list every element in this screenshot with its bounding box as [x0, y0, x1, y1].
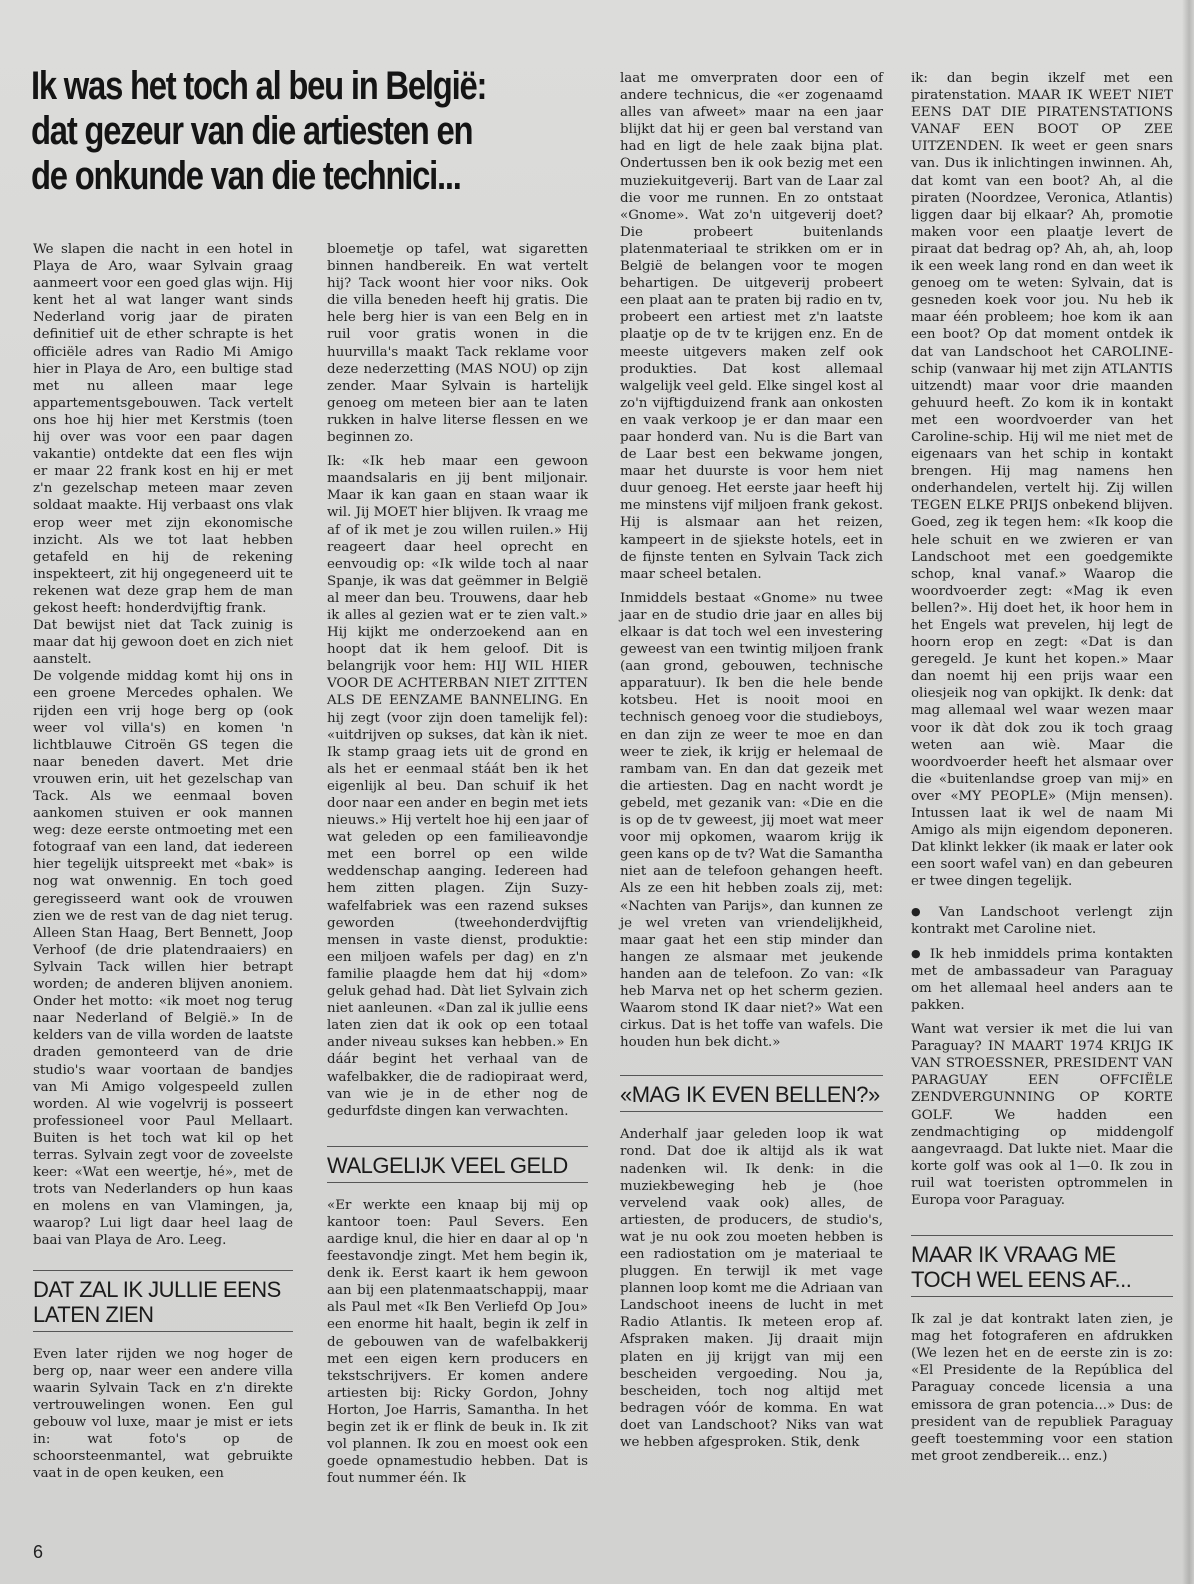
paragraph: Ik zal je dat kontrakt laten zien, je ma… [911, 1311, 1173, 1465]
article-headline: Ik was het toch al beu in België: dat ge… [31, 64, 597, 199]
paragraph: De volgende middag komt hij ons in een g… [33, 668, 293, 1249]
column-3: laat me omverpraten door een of andere t… [620, 70, 883, 1451]
bullet-item: Van Landschoot verlengt zijn kontrakt me… [911, 903, 1173, 938]
paragraph: ik: dan begin ikzelf met een piratenstat… [911, 70, 1173, 891]
paragraph: Anderhalf jaar geleden loop ik wat rond.… [620, 1126, 883, 1451]
page-number: 6 [33, 1542, 43, 1563]
paragraph: Dat bewijst niet dat Tack zuinig is maar… [33, 617, 293, 668]
subheading: DAT ZAL IK JULLIE EENS LATEN ZIEN [33, 1270, 293, 1332]
headline-line-2: dat gezeur van die artiesten en [31, 109, 472, 153]
column-1: We slapen die nacht in een hotel in Play… [33, 241, 293, 1482]
torn-edge-shadow [1182, 0, 1194, 1584]
headline-line-1: Ik was het toch al beu in België: [31, 64, 486, 108]
bullet-item: Ik heb inmiddels prima kontakten met de … [911, 945, 1173, 1014]
paragraph: Ik: «Ik heb maar een gewoon maandsalaris… [327, 453, 588, 1120]
paragraph: Even later rijden we nog hoger de berg o… [33, 1346, 293, 1483]
paragraph: «Er werkte een knaap bij mij op kantoor … [327, 1197, 588, 1488]
subheading: MAAR IK VRAAG ME TOCH WEL EENS AF... [911, 1235, 1173, 1297]
subheading: WALGELIJK VEEL GELD [327, 1146, 588, 1183]
paragraph: bloemetje op tafel, wat sigaretten binne… [327, 241, 588, 446]
column-2: bloemetje op tafel, wat sigaretten binne… [327, 241, 588, 1487]
paragraph: Want wat versier ik met die lui van Para… [911, 1021, 1173, 1209]
column-4: ik: dan begin ikzelf met een piratenstat… [911, 70, 1173, 1465]
subheading: «MAG IK EVEN BELLEN?» [620, 1075, 883, 1112]
paragraph: We slapen die nacht in een hotel in Play… [33, 241, 293, 617]
paragraph: laat me omverpraten door een of andere t… [620, 70, 883, 583]
paragraph: Inmiddels bestaat «Gnome» nu twee jaar e… [620, 590, 883, 1052]
headline-line-3: de onkunde van die technici... [31, 154, 461, 198]
